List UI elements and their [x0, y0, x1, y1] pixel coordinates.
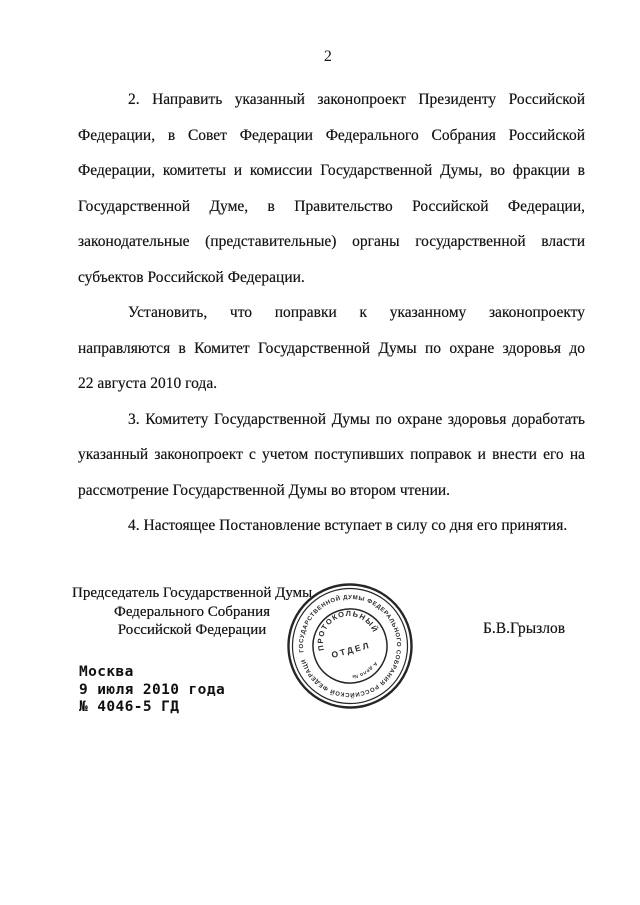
- text-line: 22 августа 2010 года.: [78, 366, 585, 402]
- text-line: рассмотрение Государственной Думы во вто…: [78, 473, 585, 509]
- text-line: 3. Комитету Государственной Думы по охра…: [78, 402, 585, 438]
- stamp-department-word: ОТДЕЛ: [330, 640, 371, 660]
- text-line: указанный законопроект с учетом поступив…: [78, 437, 585, 473]
- stamp-bottom-text: А дело №: [349, 660, 381, 680]
- signature-title-line: Федерального Собрания: [72, 603, 312, 622]
- protocol-department-stamp-icon: ГОСУДАРСТВЕННОЙ ДУМЫ ФЕДЕРАЛЬНОГО СОБРАН…: [285, 581, 415, 711]
- document-meta-block: Москва 9 июля 2010 года № 4046-5 ГД: [79, 664, 225, 717]
- meta-city: Москва: [79, 664, 225, 682]
- meta-number: № 4046-5 ГД: [79, 699, 225, 717]
- signature-title-block: Председатель Государственной Думы Федера…: [72, 584, 312, 640]
- meta-date: 9 июля 2010 года: [79, 682, 225, 700]
- document-page: 2 2. Направить указанный законопроект Пр…: [0, 0, 640, 905]
- text-line: направляются в Комитет Государственной Д…: [78, 331, 585, 367]
- text-line: Государственной Думе, в Правительство Ро…: [78, 189, 585, 225]
- text-line: законодательные (представительные) орган…: [78, 224, 585, 260]
- text-line: субъектов Российской Федерации.: [78, 260, 585, 296]
- text-line: Федерации, комитеты и комиссии Государст…: [78, 153, 585, 189]
- text-line: Установить, что поправки к указанному за…: [78, 295, 585, 331]
- text-line: Федерации, в Совет Федерации Федеральног…: [78, 118, 585, 154]
- page-number: 2: [318, 48, 338, 66]
- signature-title-line: Российской Федерации: [72, 621, 312, 640]
- resolution-body: 2. Направить указанный законопроект През…: [78, 82, 585, 544]
- signee-name: Б.В.Грызлов: [483, 620, 565, 638]
- text-line: 2. Направить указанный законопроект През…: [78, 82, 585, 118]
- signature-title-line: Председатель Государственной Думы: [72, 584, 312, 603]
- text-line: 4. Настоящее Постановление вступает в си…: [78, 508, 585, 544]
